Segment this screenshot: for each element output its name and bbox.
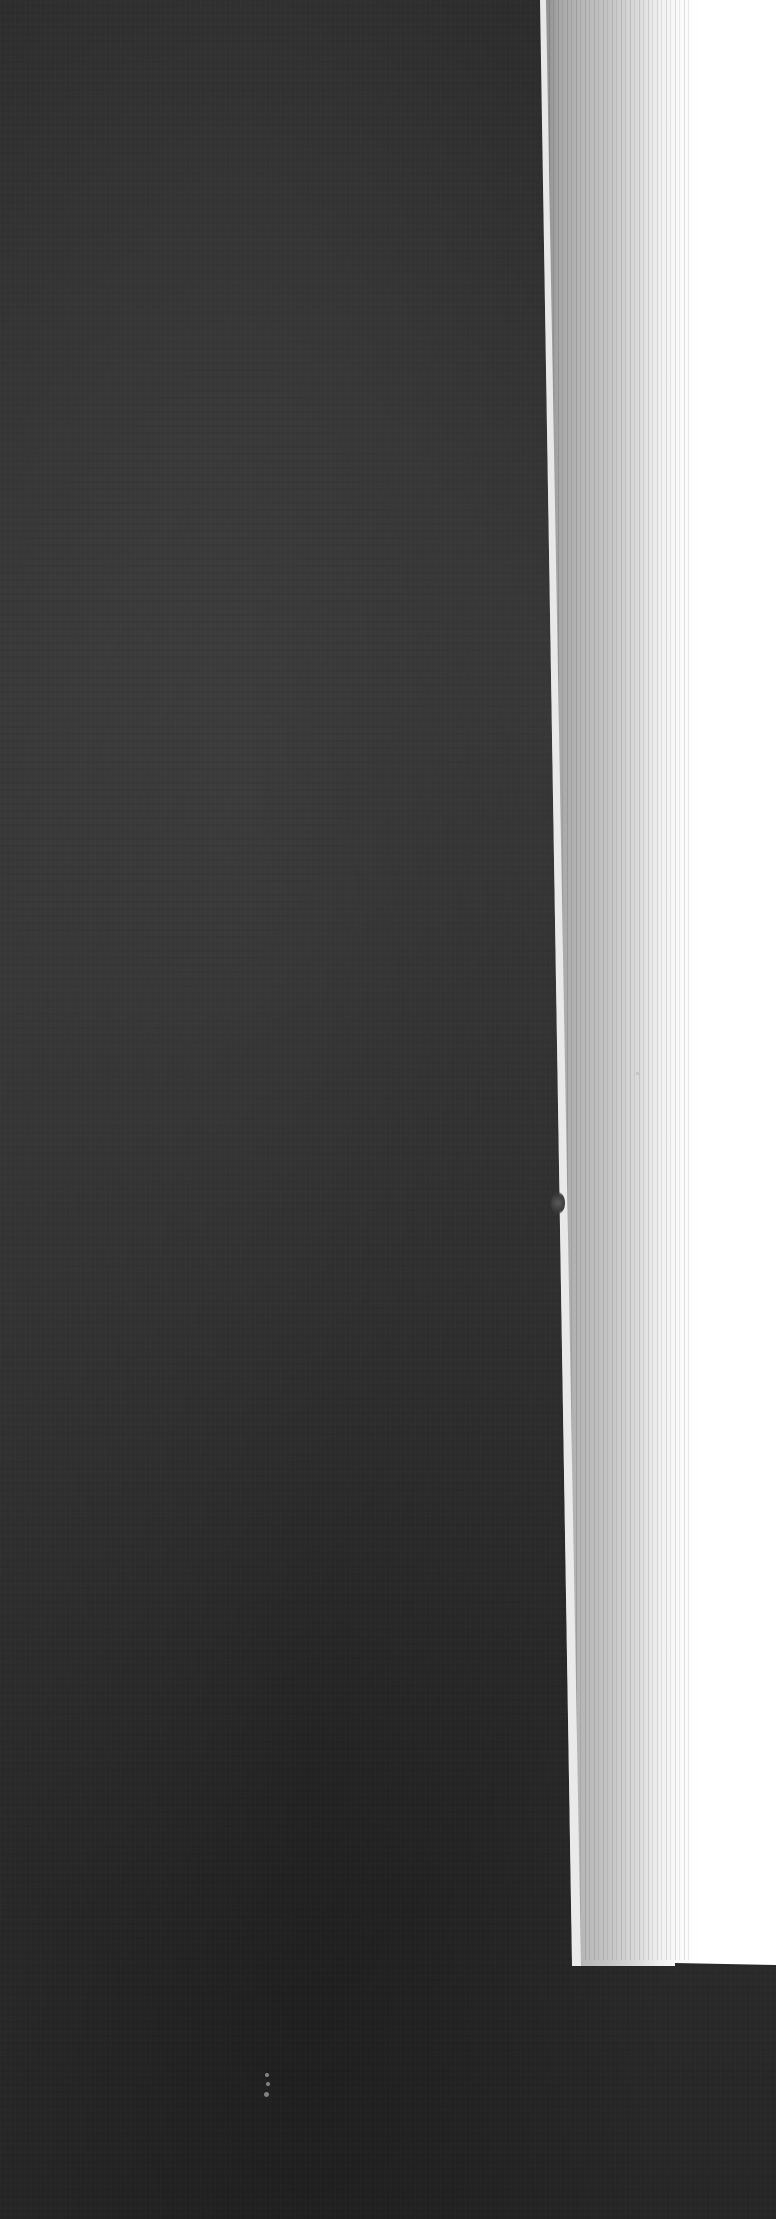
dust-speck xyxy=(266,2082,270,2086)
page-edge-blemish xyxy=(551,1192,565,1214)
dust-speck xyxy=(265,2073,269,2077)
dust-speck xyxy=(264,2092,269,2097)
dust-speck xyxy=(636,1072,639,1075)
